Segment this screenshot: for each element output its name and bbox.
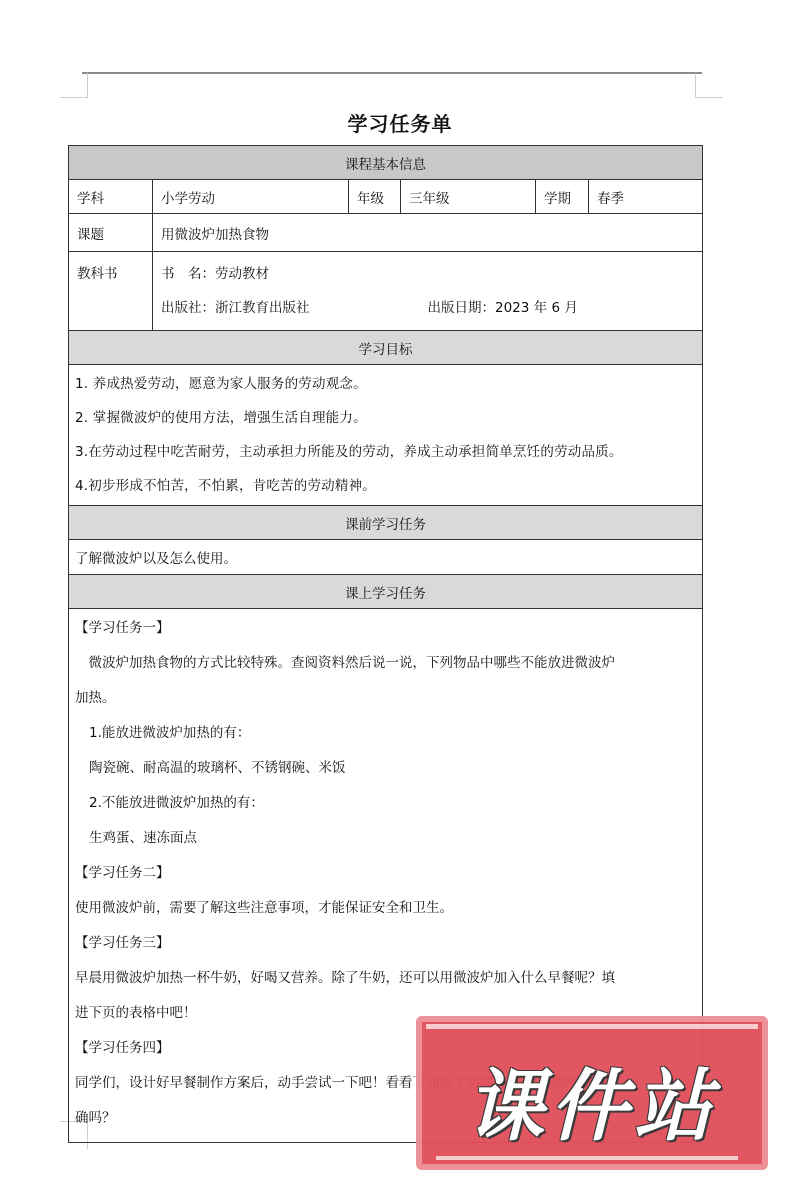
task1-title: 【学习任务一】 (75, 611, 696, 646)
objective-item: 3.在劳动过程中吃苦耐劳，主动承担力所能及的劳动，养成主动承担简单烹饪的劳动品质… (75, 435, 696, 469)
task1-intro-line2: 加热。 (75, 681, 696, 716)
task2-title: 【学习任务二】 (75, 856, 696, 891)
task1-cannot-label: 2.不能放进微波炉加热的有： (75, 786, 696, 821)
objective-item: 1. 养成热爱劳动，愿意为家人服务的劳动观念。 (75, 367, 696, 401)
textbook-publisher: 出版社：浙江教育出版社 (161, 300, 310, 316)
subject-value: 小学劳动 (153, 180, 349, 214)
task1-can-items: 陶瓷碗、耐高温的玻璃杯、不锈钢碗、米饭 (75, 751, 696, 786)
task1-can-label: 1.能放进微波炉加热的有： (75, 716, 696, 751)
in-class-header: 课上学习任务 (69, 575, 703, 609)
watermark-stamp: 课件站 (416, 1016, 768, 1170)
task1-cannot-items: 生鸡蛋、速冻面点 (75, 821, 696, 856)
textbook-label: 教科书 (69, 252, 153, 331)
grade-value: 三年级 (401, 180, 536, 214)
textbook-publisher-row: 出版社：浙江教育出版社出版日期：2023 年 6 月 (161, 291, 694, 325)
task2-content: 使用微波炉前，需要了解这些注意事项，才能保证安全和卫生。 (75, 891, 696, 926)
objectives-header: 学习目标 (69, 331, 703, 365)
topic-value: 用微波炉加热食物 (153, 214, 703, 252)
term-value: 春季 (589, 180, 703, 214)
crop-mark-top-right (695, 73, 723, 98)
crop-mark-top-left (60, 73, 88, 98)
textbook-info: 书 名：劳动教材 出版社：浙江教育出版社出版日期：2023 年 6 月 (153, 252, 703, 331)
pre-class-header: 课前学习任务 (69, 506, 703, 540)
document-title: 学习任务单 (0, 108, 800, 137)
task1-intro-line1: 微波炉加热食物的方式比较特殊。查阅资料然后说一说，下列物品中哪些不能放进微波炉 (75, 646, 696, 681)
grade-label: 年级 (349, 180, 401, 214)
term-label: 学期 (536, 180, 589, 214)
basic-info-header: 课程基本信息 (69, 146, 703, 180)
page-top-border (82, 72, 702, 74)
task3-title: 【学习任务三】 (75, 926, 696, 961)
task-sheet-table: 课程基本信息 学科 小学劳动 年级 三年级 学期 春季 课题 用微波炉加热食物 … (68, 145, 702, 1143)
pre-class-content: 了解微波炉以及怎么使用。 (69, 540, 703, 575)
textbook-publish-date: 出版日期：2023 年 6 月 (428, 291, 578, 325)
topic-label: 课题 (69, 214, 153, 252)
watermark-text: 课件站 (416, 1044, 768, 1156)
subject-label: 学科 (69, 180, 153, 214)
textbook-name: 书 名：劳动教材 (161, 257, 694, 291)
task3-content-line1: 早晨用微波炉加热一杯牛奶，好喝又营养。除了牛奶，还可以用微波炉加入什么早餐呢？填 (75, 961, 696, 996)
objective-item: 2. 掌握微波炉的使用方法，增强生活自理能力。 (75, 401, 696, 435)
objectives-list: 1. 养成热爱劳动，愿意为家人服务的劳动观念。 2. 掌握微波炉的使用方法，增强… (69, 365, 703, 506)
objective-item: 4.初步形成不怕苦，不怕累，肯吃苦的劳动精神。 (75, 469, 696, 503)
